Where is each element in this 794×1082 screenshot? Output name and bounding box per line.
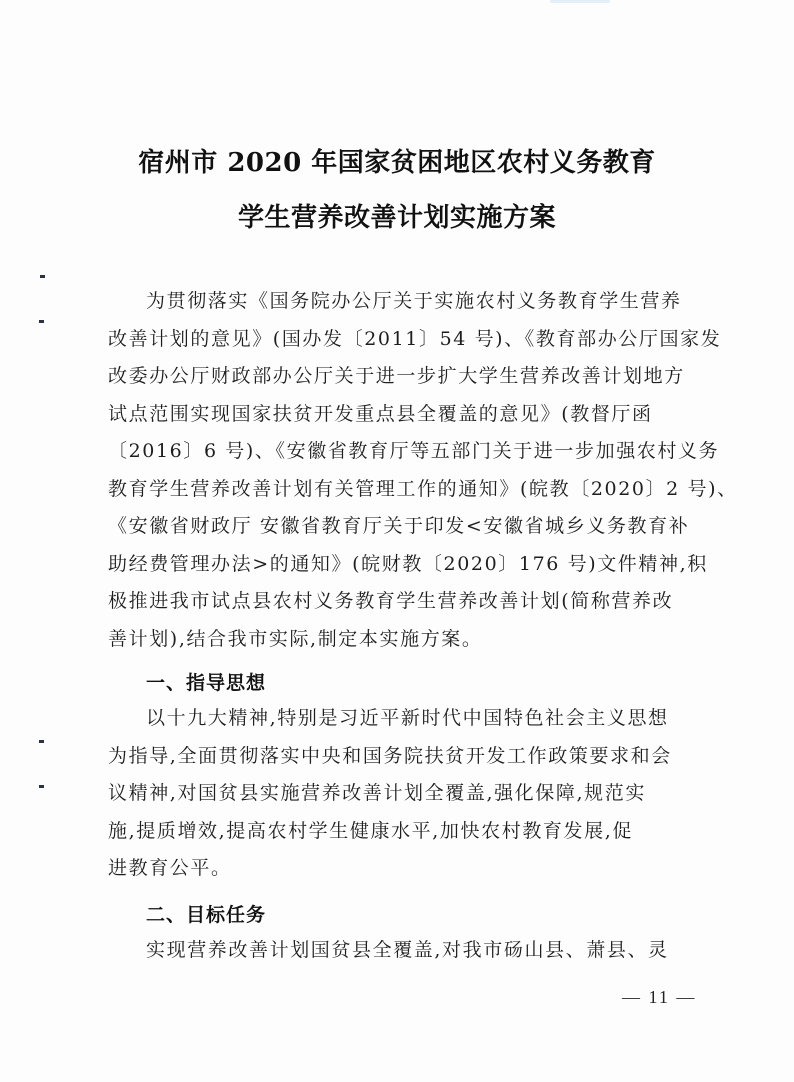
margin-mark: [39, 320, 44, 323]
paragraph-line: 极推进我市试点县农村义务教育学生营养改善计划(简称营养改: [108, 583, 693, 621]
goals-tasks-paragraph: 实现营养改善计划国贫县全覆盖,对我市砀山县、萧县、灵: [108, 932, 693, 970]
paragraph-line: 试点范围实现国家扶贫开发重点县全覆盖的意见》(教督厅函: [108, 396, 693, 434]
margin-mark: [39, 740, 44, 743]
paragraph-line: 实现营养改善计划国贫县全覆盖,对我市砀山县、萧县、灵: [108, 932, 693, 970]
paragraph-line: 施,提质增效,提高农村学生健康水平,加快农村教育发展,促: [108, 813, 693, 851]
document-title-line-1: 宿州市 2020 年国家贫困地区农村义务教育: [0, 142, 794, 179]
section-heading-guiding-ideology: 一、指导思想: [146, 668, 266, 695]
paragraph-line: 进教育公平。: [108, 850, 693, 888]
paragraph-line: 〔2016〕6 号)、《安徽省教育厅等五部门关于进一步加强农村义务: [108, 433, 693, 471]
paragraph-line: 为指导,全面贯彻落实中央和国务院扶贫开发工作政策要求和会: [108, 738, 693, 776]
paragraph-line: 议精神,对国贫县实施营养改善计划全覆盖,强化保障,规范实: [108, 775, 693, 813]
paragraph-line: 改善计划的意见》(国办发〔2011〕54 号)、《教育部办公厅国家发: [108, 321, 693, 359]
document-page: 宿州市 2020 年国家贫困地区农村义务教育 学生营养改善计划实施方案 为贯彻落…: [0, 0, 794, 1082]
margin-mark: [39, 785, 44, 788]
scan-smudge: [550, 0, 610, 3]
paragraph-line: 教育学生营养改善计划有关管理工作的通知》(皖教〔2020〕2 号)、: [108, 471, 693, 509]
section-heading-goals-tasks: 二、目标任务: [146, 900, 266, 927]
intro-paragraph: 为贯彻落实《国务院办公厅关于实施农村义务教育学生营养 改善计划的意见》(国办发〔…: [108, 283, 693, 658]
document-title-line-2: 学生营养改善计划实施方案: [0, 197, 794, 234]
paragraph-line: 《安徽省财政厅 安徽省教育厅关于印发<安徽省城乡义务教育补: [108, 508, 693, 546]
paragraph-line: 善计划),结合我市实际,制定本实施方案。: [108, 621, 693, 659]
paragraph-line: 以十九大精神,特别是习近平新时代中国特色社会主义思想: [108, 700, 693, 738]
paragraph-line: 为贯彻落实《国务院办公厅关于实施农村义务教育学生营养: [108, 283, 693, 321]
margin-mark: [40, 275, 45, 278]
page-number: — 11 —: [622, 987, 696, 1008]
paragraph-line: 助经费管理办法>的通知》(皖财教〔2020〕176 号)文件精神,积: [108, 546, 693, 584]
paragraph-line: 改委办公厅财政部办公厅关于进一步扩大学生营养改善计划地方: [108, 358, 693, 396]
guiding-ideology-paragraph: 以十九大精神,特别是习近平新时代中国特色社会主义思想 为指导,全面贯彻落实中央和…: [108, 700, 693, 888]
